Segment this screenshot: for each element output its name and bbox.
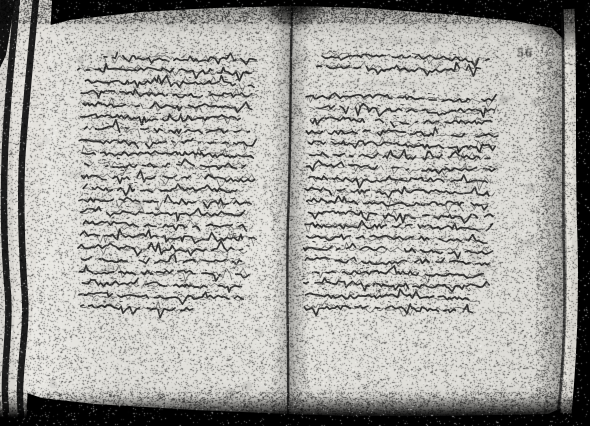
diacritic-mark [414, 164, 416, 165]
diacritic-mark [222, 77, 224, 78]
handwriting-line [81, 300, 193, 312]
diacritic-mark [233, 268, 236, 269]
left-page-text-block [73, 50, 263, 320]
diacritic-mark [324, 241, 327, 242]
handwriting-line [78, 238, 248, 258]
diacritic-mark [142, 217, 144, 218]
handwriting-line [310, 116, 491, 129]
diacritic-mark [124, 147, 126, 148]
handwriting-line [308, 171, 495, 190]
diacritic-mark [401, 104, 404, 105]
diacritic-mark [199, 197, 201, 198]
diacritic-mark [383, 197, 385, 198]
diacritic-mark [231, 258, 234, 259]
diacritic-mark [327, 279, 330, 280]
diacritic-mark [181, 280, 184, 281]
diacritic-mark [193, 173, 197, 174]
diacritic-mark [209, 161, 212, 162]
diacritic-mark [322, 288, 324, 289]
diacritic-mark [449, 293, 452, 294]
handwriting [0, 0, 590, 426]
diacritic-mark [237, 210, 239, 211]
diacritic-mark [113, 183, 115, 184]
diacritic-mark [336, 175, 338, 176]
handwriting-line [310, 113, 491, 129]
handwriting-line [104, 51, 256, 66]
handwriting-line [322, 52, 489, 67]
diacritic-mark [440, 258, 442, 259]
diacritic-mark [236, 79, 238, 80]
diacritic-mark [331, 208, 334, 209]
diacritic-mark [326, 196, 328, 197]
diacritic-mark [364, 175, 367, 176]
right-page-text-block [301, 48, 500, 320]
diacritic-mark [451, 222, 453, 223]
diacritic-mark [388, 49, 391, 50]
handwriting-line [83, 221, 246, 232]
diacritic-mark [414, 304, 417, 305]
handwriting-line [306, 160, 495, 176]
diacritic-mark [446, 270, 449, 271]
diacritic-mark [393, 209, 396, 210]
diacritic-mark [208, 91, 211, 92]
diacritic-mark [388, 128, 390, 129]
diacritic-mark [345, 91, 347, 92]
diacritic-mark [216, 53, 219, 54]
diacritic-mark [440, 141, 443, 142]
bottom-edge-shadow [0, 396, 590, 426]
handwriting-line [304, 278, 489, 293]
diacritic-mark [146, 112, 148, 113]
diacritic-mark [433, 94, 435, 95]
diacritic-mark [188, 302, 190, 303]
diacritic-mark [154, 87, 156, 88]
diacritic-mark [478, 237, 480, 238]
diacritic-mark [173, 292, 176, 293]
diacritic-mark [479, 129, 482, 130]
diacritic-mark [103, 301, 106, 302]
diacritic-mark [126, 218, 129, 219]
diacritic-mark [179, 162, 182, 163]
diacritic-mark [169, 232, 172, 233]
diacritic-mark [378, 290, 381, 291]
diacritic-mark [95, 88, 97, 89]
diacritic-mark [150, 64, 153, 65]
diacritic-mark [377, 128, 379, 129]
diacritic-mark [164, 269, 166, 270]
diacritic-mark [205, 270, 207, 271]
diacritic-mark [378, 105, 381, 106]
diacritic-mark [442, 177, 444, 178]
diacritic-mark [119, 301, 122, 302]
diacritic-mark [144, 173, 146, 174]
diacritic-mark [415, 54, 418, 55]
diacritic-mark [478, 271, 480, 272]
diacritic-mark [387, 221, 390, 222]
diacritic-mark [112, 217, 114, 218]
diacritic-mark [352, 172, 354, 173]
diacritic-mark [395, 199, 398, 200]
diacritic-mark [197, 246, 200, 247]
diacritic-mark [464, 187, 466, 188]
diacritic-mark [94, 86, 97, 87]
diacritic-mark [315, 255, 318, 256]
diacritic-mark [360, 268, 363, 269]
diacritic-mark [393, 115, 396, 116]
diacritic-mark [381, 187, 384, 188]
diacritic-mark [160, 101, 162, 102]
diacritic-mark [165, 52, 168, 53]
diacritic-mark [388, 184, 390, 185]
diacritic-mark [331, 278, 333, 279]
diacritic-mark [488, 166, 491, 167]
diacritic-mark [129, 256, 132, 257]
diacritic-mark [423, 61, 426, 62]
diacritic-mark [105, 123, 108, 124]
diacritic-mark [317, 61, 319, 62]
diacritic-mark [312, 184, 314, 185]
diacritic-mark [481, 142, 483, 143]
diacritic-mark [473, 246, 475, 247]
manuscript-photo: 56 [0, 0, 590, 426]
handwriting-line [307, 198, 489, 213]
diacritic-mark [148, 184, 150, 185]
handwriting-line [79, 290, 244, 306]
diacritic-mark [89, 161, 92, 162]
handwriting-line [81, 86, 259, 103]
handwriting-line [79, 135, 256, 150]
diacritic-mark [376, 197, 379, 198]
diacritic-mark [143, 256, 146, 257]
diacritic-mark [475, 140, 477, 141]
diacritic-mark [428, 293, 430, 294]
handwriting-line [305, 254, 489, 268]
diacritic-mark [205, 171, 208, 172]
diacritic-mark [180, 75, 182, 76]
diacritic-mark [395, 234, 397, 235]
diacritic-mark [486, 247, 488, 248]
diacritic-mark [476, 94, 478, 95]
diacritic-mark [427, 151, 430, 152]
top-right-corner-shadow [505, 0, 590, 50]
diacritic-mark [164, 148, 167, 149]
diacritic-mark [408, 127, 411, 128]
diacritic-mark [81, 195, 83, 196]
diacritic-mark [412, 53, 415, 54]
diacritic-mark [216, 291, 219, 292]
diacritic-mark [445, 188, 447, 189]
gutter-top-shadow [258, 0, 328, 30]
diacritic-mark [184, 233, 187, 234]
handwriting-line [308, 210, 493, 224]
diacritic-mark [404, 222, 406, 223]
handwriting-line [81, 88, 262, 101]
handwriting-line [81, 113, 242, 125]
handwriting-line [304, 278, 490, 294]
diacritic-mark [172, 52, 175, 53]
diacritic-mark [404, 115, 406, 116]
diacritic-mark [186, 124, 189, 125]
diacritic-mark [87, 194, 89, 195]
handwriting-line [305, 183, 495, 200]
diacritic-mark [103, 159, 106, 160]
handwriting-line [81, 169, 254, 186]
diacritic-mark [491, 117, 493, 118]
handwriting-line [304, 241, 494, 258]
handwriting-line [303, 242, 492, 259]
diacritic-mark [255, 90, 258, 91]
handwriting-line [78, 244, 247, 257]
handwriting-line [82, 145, 252, 161]
diacritic-mark [388, 301, 391, 302]
diacritic-mark [356, 210, 358, 211]
handwriting-line [81, 206, 251, 222]
diacritic-mark [109, 255, 111, 256]
diacritic-mark [128, 172, 131, 173]
diacritic-mark [217, 128, 220, 129]
diacritic-mark [141, 185, 143, 186]
diacritic-mark [325, 289, 327, 290]
handwriting-line [79, 266, 249, 282]
diacritic-mark [324, 301, 327, 302]
diacritic-mark [161, 136, 163, 137]
diacritic-mark [200, 150, 203, 151]
diacritic-mark [395, 125, 398, 126]
diacritic-mark [404, 162, 406, 163]
diacritic-mark [180, 101, 182, 102]
handwriting-line [306, 128, 498, 139]
diacritic-mark [130, 183, 133, 184]
diacritic-mark [224, 53, 226, 54]
diacritic-mark [438, 152, 440, 153]
diacritic-mark [215, 232, 218, 233]
diacritic-mark [189, 77, 192, 78]
handwriting-line [83, 218, 247, 236]
